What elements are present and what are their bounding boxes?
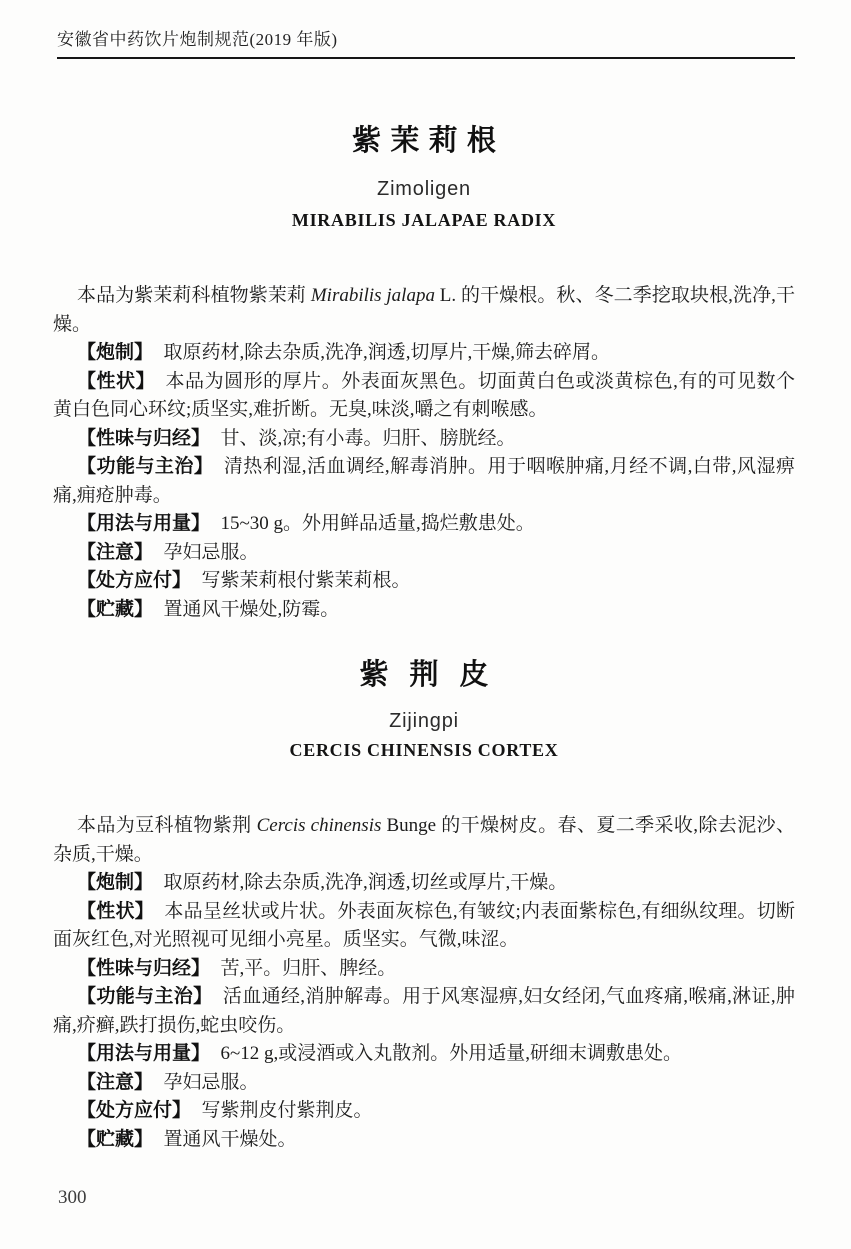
section-text: 苦,平。归肝、脾经。 <box>220 958 396 979</box>
intro-paragraph: 本品为豆科植物紫荆 Cercis chinensis Bunge 的干燥树皮。春… <box>53 812 795 869</box>
section-zhuyi: 【注意】孕妇忌服。 <box>53 1069 795 1098</box>
section-text: 置通风干燥处。 <box>163 1129 296 1150</box>
section-label: 【贮藏】 <box>77 599 153 620</box>
section-text: 写紫茉莉根付紫茉莉根。 <box>201 570 410 591</box>
document-page: 安徽省中药饮片炮制规范(2019 年版) 紫茉莉根 Zimoligen MIRA… <box>0 0 851 1249</box>
section-zhuyi: 【注意】孕妇忌服。 <box>53 539 795 568</box>
section-xingzhuang: 【性状】本品为圆形的厚片。外表面灰黑色。切面黄白色或淡黄棕色,有的可见数个黄白色… <box>53 368 795 425</box>
intro-text-pre: 本品为豆科植物紫荆 <box>77 815 257 836</box>
section-label: 【注意】 <box>77 542 153 563</box>
section-label: 【性状】 <box>77 371 155 392</box>
section-text: 取原药材,除去杂质,洗净,润透,切厚片,干燥,筛去碎屑。 <box>163 342 610 363</box>
section-text: 孕妇忌服。 <box>163 1072 258 1093</box>
section-label: 【炮制】 <box>77 872 153 893</box>
section-text: 置通风干燥处,防霉。 <box>163 599 339 620</box>
intro-paragraph: 本品为紫茉莉科植物紫茉莉 Mirabilis jalapa L. 的干燥根。秋、… <box>53 282 795 339</box>
section-text: 孕妇忌服。 <box>163 542 258 563</box>
section-yongfa-yongliang: 【用法与用量】15~30 g。外用鲜品适量,捣烂敷患处。 <box>53 510 795 539</box>
section-gongneng-zhuzhi: 【功能与主治】活血通经,消肿解毒。用于风寒湿痹,妇女经闭,气血疼痛,喉痛,淋证,… <box>53 983 795 1040</box>
monograph-latin-name: MIRABILIS JALAPAE RADIX <box>53 209 795 231</box>
section-label: 【性味与归经】 <box>77 958 210 979</box>
monograph-pinyin: Zimoligen <box>53 177 795 201</box>
section-label: 【处方应付】 <box>77 1100 191 1121</box>
section-chufang-yingfu: 【处方应付】写紫荆皮付紫荆皮。 <box>53 1097 795 1126</box>
monograph-title-cn: 紫茉莉根 <box>53 126 795 157</box>
section-label: 【处方应付】 <box>77 570 191 591</box>
botanical-name: Cercis chinensis <box>257 815 382 836</box>
section-text: 取原药材,除去杂质,洗净,润透,切丝或厚片,干燥。 <box>163 872 567 893</box>
section-paozhi: 【炮制】取原药材,除去杂质,洗净,润透,切厚片,干燥,筛去碎屑。 <box>53 339 795 368</box>
section-xingzhuang: 【性状】本品呈丝状或片状。外表面灰棕色,有皱纹;内表面紫棕色,有细纵纹理。切断面… <box>53 898 795 955</box>
section-text: 本品为圆形的厚片。外表面灰黑色。切面黄白色或淡黄棕色,有的可见数个黄白色同心环纹… <box>53 371 795 421</box>
section-text: 写紫荆皮付紫荆皮。 <box>201 1100 372 1121</box>
monograph-pinyin: Zijingpi <box>53 709 795 733</box>
monograph-zijingpi: 紫荆皮 Zijingpi CERCIS CHINENSIS CORTEX 本品为… <box>53 660 795 1154</box>
monograph-title-cn: 紫荆皮 <box>53 660 795 691</box>
section-paozhi: 【炮制】取原药材,除去杂质,洗净,润透,切丝或厚片,干燥。 <box>53 869 795 898</box>
section-label: 【性状】 <box>77 901 154 922</box>
intro-text-pre: 本品为紫茉莉科植物紫茉莉 <box>77 285 311 306</box>
section-yongfa-yongliang: 【用法与用量】6~12 g,或浸酒或入丸散剂。外用适量,研细末调敷患处。 <box>53 1040 795 1069</box>
botanical-name: Mirabilis jalapa <box>311 285 435 306</box>
section-label: 【功能与主治】 <box>77 456 213 477</box>
section-zhucang: 【贮藏】置通风干燥处,防霉。 <box>53 596 795 625</box>
section-text: 6~12 g,或浸酒或入丸散剂。外用适量,研细末调敷患处。 <box>220 1043 682 1064</box>
section-gongneng-zhuzhi: 【功能与主治】清热利湿,活血调经,解毒消肿。用于咽喉肿痛,月经不调,白带,风湿痹… <box>53 453 795 510</box>
section-text: 本品呈丝状或片状。外表面灰棕色,有皱纹;内表面紫棕色,有细纵纹理。切断面灰红色,… <box>53 901 795 951</box>
running-header-title: 安徽省中药饮片炮制规范(2019 年版) <box>57 30 795 50</box>
monograph-body: 本品为紫茉莉科植物紫茉莉 Mirabilis jalapa L. 的干燥根。秋、… <box>53 282 795 624</box>
section-text: 甘、淡,凉;有小毒。归肝、膀胱经。 <box>220 428 515 449</box>
section-text: 15~30 g。外用鲜品适量,捣烂敷患处。 <box>220 513 534 534</box>
section-label: 【性味与归经】 <box>77 428 210 449</box>
monograph-latin-name: CERCIS CHINENSIS CORTEX <box>53 739 795 761</box>
section-zhucang: 【贮藏】置通风干燥处。 <box>53 1126 795 1155</box>
page-header: 安徽省中药饮片炮制规范(2019 年版) <box>57 30 795 59</box>
section-label: 【注意】 <box>77 1072 153 1093</box>
section-label: 【贮藏】 <box>77 1129 153 1150</box>
section-label: 【功能与主治】 <box>77 986 212 1007</box>
section-label: 【用法与用量】 <box>77 513 210 534</box>
section-xingwei-guijing: 【性味与归经】甘、淡,凉;有小毒。归肝、膀胱经。 <box>53 425 795 454</box>
monograph-zimoligen: 紫茉莉根 Zimoligen MIRABILIS JALAPAE RADIX 本… <box>53 126 795 624</box>
section-xingwei-guijing: 【性味与归经】苦,平。归肝、脾经。 <box>53 955 795 984</box>
page-number: 300 <box>58 1187 87 1209</box>
monograph-body: 本品为豆科植物紫荆 Cercis chinensis Bunge 的干燥树皮。春… <box>53 812 795 1154</box>
section-chufang-yingfu: 【处方应付】写紫茉莉根付紫茉莉根。 <box>53 567 795 596</box>
section-label: 【用法与用量】 <box>77 1043 210 1064</box>
section-label: 【炮制】 <box>77 342 153 363</box>
